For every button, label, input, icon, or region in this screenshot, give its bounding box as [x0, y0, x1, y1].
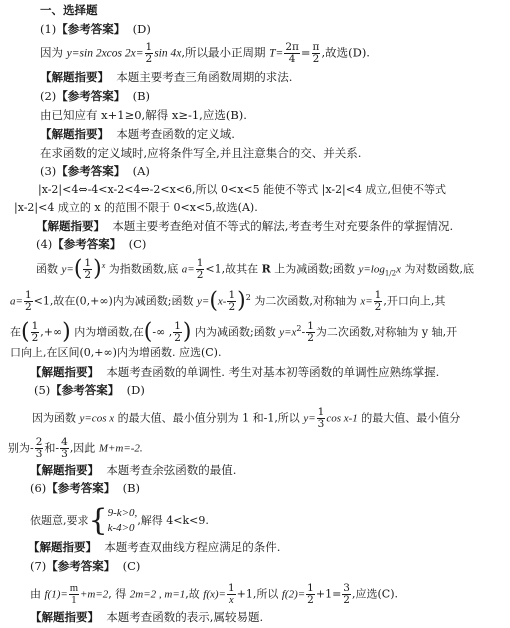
hint-text: 本题考查函数的表示,属较易题.: [106, 610, 263, 624]
q3-header: (3)【参考答案】 (A): [40, 164, 150, 178]
q6-solution: 依题意,要求{9-k>0,k-4>0,解得 4<k<9.: [30, 506, 209, 536]
q2-number: (2): [40, 89, 56, 103]
hint-text: 本题主要考查三角函数周期的求法.: [116, 70, 292, 84]
q4-line4: 口向上,在区间(0,+∞)内为增函数. 应选(C).: [10, 346, 221, 360]
text: ,所以最小正周期: [181, 46, 265, 60]
answer-label: 【参考答案】: [50, 383, 119, 397]
answer-label: 【参考答案】: [56, 164, 125, 178]
text: 因为: [40, 46, 63, 60]
hint-text: 本题考查函数的定义域.: [116, 127, 235, 141]
q6-number: (6): [30, 481, 46, 495]
q6-header: (6)【参考答案】 (B): [30, 481, 140, 495]
q5-number: (5): [34, 383, 50, 397]
q2-answer: (B): [133, 89, 150, 103]
hint-label: 【解题指要】: [30, 463, 99, 477]
math: y=sin 2xcos 2x=: [67, 48, 144, 60]
q4-hint: 【解题指要】 本题考查函数的单调性. 考生对基本初等函数的单调性应熟练掌握.: [30, 365, 439, 379]
q4-line1: 函数 y=(12)x 为指数函数,底 a=12<1,故其在 R 上为减函数;函数…: [36, 258, 474, 281]
math: T=: [269, 48, 283, 60]
answer-label: 【参考答案】: [52, 237, 121, 251]
fraction: π2: [312, 42, 321, 65]
hint-label: 【解题指要】: [40, 70, 109, 84]
q3-solution-line1: |x-2|<4⇔-4<x-2<4⇔-2<x<6,所以 0<x<5 能使不等式 |…: [38, 183, 446, 197]
q4-line3: 在(12,+∞) 内为增函数,在(-∞ ,12) 内为减函数;函数 y=x2-1…: [10, 321, 457, 344]
q4-line2: a=12<1,故在(0,+∞)内为减函数;函数 y=(x-12)2 为二次函数,…: [10, 290, 445, 313]
answer-label: 【参考答案】: [56, 22, 125, 36]
q5-header: (5)【参考答案】 (D): [34, 383, 145, 397]
q4-answer: (C): [129, 237, 147, 251]
q5-hint: 【解题指要】 本题考查余弦函数的最值.: [30, 463, 236, 477]
q2-solution: 由已知应有 x+1≥0,解得 x≥-1,应选(B).: [40, 108, 247, 122]
q4-header: (4)【参考答案】 (C): [36, 237, 146, 251]
q2-hint: 【解题指要】 本题考查函数的定义域.: [40, 127, 235, 141]
q3-answer: (A): [133, 164, 150, 178]
q6-answer: (B): [123, 481, 140, 495]
hint-label: 【解题指要】: [36, 219, 105, 233]
q7-hint: 【解题指要】 本题考查函数的表示,属较易题.: [30, 610, 263, 624]
q1-answer: (D): [133, 22, 151, 36]
q4-number: (4): [36, 237, 52, 251]
hint-text: 本题考查函数的单调性. 考生对基本初等函数的单调性应熟练掌握.: [106, 365, 439, 379]
math: sin 4x: [154, 48, 181, 60]
q5-line1: 因为函数 y=cos x 的最大值、最小值分别为 1 和-1,所以 y=13co…: [32, 407, 460, 430]
q5-answer: (D): [127, 383, 145, 397]
answer-label: 【参考答案】: [46, 481, 115, 495]
q3-hint: 【解题指要】 本题主要考查绝对值不等式的解法,考查考生对充要条件的掌握情况.: [36, 219, 453, 233]
q2-header: (2)【参考答案】 (B): [40, 89, 150, 103]
q7-number: (7): [30, 559, 46, 573]
q3-number: (3): [40, 164, 56, 178]
hint-text: 本题考查双曲线方程应满足的条件.: [104, 540, 280, 554]
answer-label: 【参考答案】: [46, 559, 115, 573]
q2-note: 在求函数的定义域时,应将条件写全,并且注意集合的交、并关系.: [40, 146, 361, 160]
hint-label: 【解题指要】: [30, 610, 99, 624]
q1-solution: 因为 y=sin 2xcos 2x=12sin 4x,所以最小正周期 T=2π4…: [40, 42, 370, 65]
q6-hint: 【解题指要】 本题考查双曲线方程应满足的条件.: [28, 540, 280, 554]
q1-hint: 【解题指要】 本题主要考查三角函数周期的求法.: [40, 70, 292, 84]
q7-answer: (C): [123, 559, 141, 573]
fraction: 2π4: [284, 42, 300, 65]
hint-label: 【解题指要】: [30, 365, 99, 379]
hint-text: 本题主要考查绝对值不等式的解法,考查考生对充要条件的掌握情况.: [112, 219, 453, 233]
fraction: 12: [145, 42, 154, 65]
q1-number: (1): [40, 22, 56, 36]
q5-line2: 别为-23和-43,因此 M+m=-2.: [8, 437, 143, 460]
hint-label: 【解题指要】: [40, 127, 109, 141]
q1-header: (1)【参考答案】 (D): [40, 22, 151, 36]
hint-text: 本题考查余弦函数的最值.: [106, 463, 236, 477]
section-title: 一、选择题: [40, 3, 98, 17]
answer-label: 【参考答案】: [56, 89, 125, 103]
q3-solution-line2: |x-2|<4 成立的 x 的范围不限于 0<x<5,故选(A).: [14, 201, 258, 215]
text: ,故选(D).: [321, 46, 370, 60]
q7-header: (7)【参考答案】 (C): [30, 559, 140, 573]
text: =: [301, 46, 311, 60]
q7-solution: 由 f(1)=m1+m=2, 得 2m=2 , m=1,故 f(x)=1x+1,…: [30, 583, 398, 606]
hint-label: 【解题指要】: [28, 540, 97, 554]
